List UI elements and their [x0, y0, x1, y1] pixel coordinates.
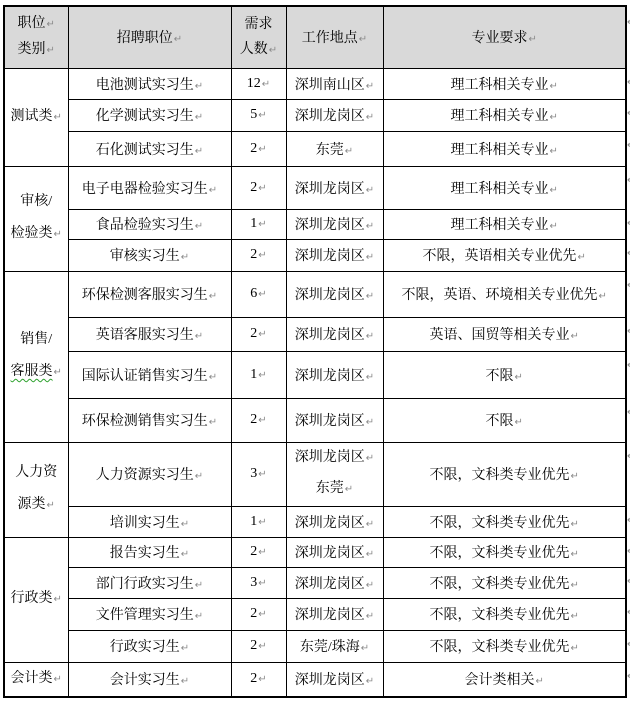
- headcount-cell: 1↵: [231, 506, 286, 537]
- position-text: 英语客服实习生: [96, 328, 194, 343]
- paragraph-mark-icon: ↵: [258, 370, 266, 381]
- category-label: 行政类: [11, 591, 53, 606]
- paragraph-mark-icon: ↵: [54, 112, 62, 123]
- headcount-text: 1: [250, 216, 257, 231]
- position-cell: 环保检测销售实习生↵: [68, 398, 231, 442]
- requirement-cell: 不限↵: [383, 398, 626, 442]
- headcount-cell: 2↵: [231, 239, 286, 271]
- location-cell: 深圳龙岗区↵: [286, 351, 383, 398]
- headcount-cell: 1↵: [231, 209, 286, 239]
- position-text: 部门行政实习生: [96, 577, 194, 592]
- category-label: 人力资: [15, 465, 57, 480]
- headcount-cell: 2↵: [231, 662, 286, 697]
- headcount-text: 12: [247, 76, 261, 91]
- position-text: 化学测试实习生: [96, 109, 194, 124]
- paragraph-mark-icon: ↵: [195, 331, 203, 342]
- paragraph-mark-icon: ↵: [366, 331, 374, 342]
- location-cell: 深圳龙岗区↵: [286, 662, 383, 697]
- requirement-cell: 不限，英语相关专业优先↵: [383, 239, 626, 271]
- requirement-text: 不限，英语相关专业优先: [423, 249, 577, 264]
- category-cell-hr: 人力资 源类↵: [4, 442, 68, 537]
- location-text: 深圳南山区: [295, 78, 365, 93]
- paragraph-mark-icon: ↵: [366, 185, 374, 196]
- headcount-cell: 3↵: [231, 567, 286, 598]
- table-row: 食品检验实习生↵ 1↵ 深圳龙岗区↵ 理工科相关专业↵: [4, 209, 626, 239]
- location-text: 深圳龙岗区: [295, 577, 365, 592]
- category-cell-audit: 审核/ 检验类↵: [4, 166, 68, 271]
- paragraph-mark-icon: ↵: [515, 417, 523, 428]
- header-requirement: 专业要求↵: [383, 6, 626, 68]
- header-headcount: 需求 人数↵: [231, 6, 286, 68]
- table-row: 人力资 源类↵ 人力资源实习生↵ 3↵ 深圳龙岗区↵ 东莞↵ 不限，文科类专业优…: [4, 442, 626, 506]
- paragraph-mark-icon: ↵: [181, 252, 189, 263]
- table-row: 部门行政实习生↵ 3↵ 深圳龙岗区↵ 不限，文科类专业优先↵: [4, 567, 626, 598]
- paragraph-mark-icon: ↵: [366, 676, 374, 687]
- paragraph-mark-icon: ↵: [571, 331, 579, 342]
- requirement-cell: 理工科相关专业↵: [383, 99, 626, 131]
- paragraph-mark-icon: ↵: [54, 229, 62, 240]
- requirement-cell: 英语、国贸等相关专业↵: [383, 317, 626, 351]
- location-text: 东莞/珠海: [300, 640, 360, 655]
- location-cell: 深圳龙岗区↵: [286, 209, 383, 239]
- headcount-text: 5: [250, 107, 257, 122]
- position-text: 培训实习生: [110, 516, 180, 531]
- position-text: 审核实习生: [110, 249, 180, 264]
- paragraph-mark-icon: ↵: [571, 471, 579, 482]
- table-row: 审核实习生↵ 2↵ 深圳龙岗区↵ 不限，英语相关专业优先↵: [4, 239, 626, 271]
- paragraph-mark-icon: ↵: [550, 221, 558, 232]
- paragraph-mark-icon: ↵: [195, 221, 203, 232]
- location-cell: 深圳龙岗区↵: [286, 271, 383, 317]
- paragraph-mark-icon: ↵: [529, 34, 537, 45]
- paragraph-mark-icon: ↵: [47, 500, 55, 511]
- table-row: 石化测试实习生↵ 2↵ 东莞↵ 理工科相关专业↵: [4, 131, 626, 166]
- requirement-text: 不限，文科类专业优先: [430, 516, 570, 531]
- paragraph-mark-icon: ↵: [258, 415, 266, 426]
- headcount-cell: 2↵: [231, 598, 286, 630]
- requirement-text: 不限，文科类专业优先: [430, 468, 570, 483]
- headcount-text: 6: [250, 286, 257, 301]
- location-text: 深圳龙岗区: [295, 182, 365, 197]
- paragraph-mark-icon: ↵: [47, 19, 55, 30]
- category-cell-sales: 销售/ 客服类↵: [4, 271, 68, 442]
- location-cell: 深圳龙岗区↵: [286, 567, 383, 598]
- header-category: 职位↵ 类别↵: [4, 6, 68, 68]
- location-text: 东莞: [316, 481, 344, 496]
- requirement-text: 不限，文科类专业优先: [430, 546, 570, 561]
- table-row: 环保检测销售实习生↵ 2↵ 深圳龙岗区↵ 不限↵: [4, 398, 626, 442]
- category-label: 检验类: [11, 226, 53, 241]
- requirement-cell: 不限，文科类专业优先↵: [383, 598, 626, 630]
- headcount-text: 1: [250, 514, 257, 529]
- location-text: 深圳龙岗区: [295, 288, 365, 303]
- paragraph-mark-icon: ↵: [366, 611, 374, 622]
- paragraph-mark-icon: ↵: [174, 34, 182, 45]
- location-text: 深圳龙岗区: [295, 673, 365, 688]
- position-cell: 英语客服实习生↵: [68, 317, 231, 351]
- position-text: 行政实习生: [110, 640, 180, 655]
- headcount-cell: 3↵: [231, 442, 286, 506]
- location-text: 深圳龙岗区: [295, 516, 365, 531]
- position-text: 环保检测销售实习生: [82, 414, 208, 429]
- position-text: 电池测试实习生: [96, 78, 194, 93]
- header-requirement-label: 专业要求: [472, 31, 528, 46]
- headcount-cell: 5↵: [231, 99, 286, 131]
- table-row: 测试类↵ 电池测试实习生↵ 12↵ 深圳南山区↵ 理工科相关专业↵: [4, 68, 626, 99]
- position-cell: 国际认证销售实习生↵: [68, 351, 231, 398]
- location-cell: 东莞↵: [286, 131, 383, 166]
- paragraph-mark-icon: ↵: [571, 611, 579, 622]
- paragraph-mark-icon: ↵: [258, 219, 266, 230]
- headcount-cell: 2↵: [231, 166, 286, 209]
- location-cell: 深圳龙岗区↵: [286, 398, 383, 442]
- position-text: 会计实习生: [110, 673, 180, 688]
- paragraph-mark-icon: ↵: [258, 609, 266, 620]
- paragraph-mark-icon: ↵: [571, 519, 579, 530]
- paragraph-mark-icon: ↵: [366, 81, 374, 92]
- position-cell: 化学测试实习生↵: [68, 99, 231, 131]
- position-text: 文件管理实习生: [96, 608, 194, 623]
- paragraph-mark-icon: ↵: [366, 549, 374, 560]
- category-label: 源类: [18, 497, 46, 512]
- table-row: 培训实习生↵ 1↵ 深圳龙岗区↵ 不限，文科类专业优先↵: [4, 506, 626, 537]
- paragraph-mark-icon: ↵: [258, 183, 266, 194]
- category-label: 会计类: [11, 671, 53, 686]
- paragraph-mark-icon: ↵: [54, 674, 62, 685]
- paragraph-mark-icon: ↵: [209, 185, 217, 196]
- header-position: 招聘职位↵: [68, 6, 231, 68]
- table-row: 销售/ 客服类↵ 环保检测客服实习生↵ 6↵ 深圳龙岗区↵ 不限，英语、环境相关…: [4, 271, 626, 317]
- header-category-line2: 类别: [18, 42, 46, 57]
- position-text: 国际认证销售实习生: [82, 369, 208, 384]
- requirement-text: 不限，文科类专业优先: [430, 608, 570, 623]
- requirement-cell: 理工科相关专业↵: [383, 166, 626, 209]
- document-page: 职位↵ 类别↵ 招聘职位↵ 需求 人数↵ 工作地点↵ 专业要求↵ 测试类↵ 电池…: [0, 0, 630, 701]
- requirement-text: 理工科相关专业: [451, 182, 549, 197]
- requirement-cell: 不限↵: [383, 351, 626, 398]
- category-cell-admin: 行政类↵: [4, 537, 68, 662]
- paragraph-mark-icon: ↵: [195, 471, 203, 482]
- paragraph-mark-icon: ↵: [599, 291, 607, 302]
- paragraph-mark-icon: ↵: [366, 112, 374, 123]
- position-cell: 食品检验实习生↵: [68, 209, 231, 239]
- location-text: 深圳龙岗区: [295, 450, 365, 465]
- category-label: 客服类: [11, 364, 53, 379]
- paragraph-mark-icon: ↵: [258, 469, 266, 480]
- paragraph-mark-icon: ↵: [345, 146, 353, 157]
- paragraph-mark-icon: ↵: [366, 372, 374, 383]
- paragraph-mark-icon: ↵: [209, 417, 217, 428]
- headcount-text: 3: [250, 466, 257, 481]
- table-row: 行政实习生↵ 2↵ 东莞/珠海↵ 不限，文科类专业优先↵: [4, 630, 626, 662]
- requirement-text: 会计类相关: [465, 673, 535, 688]
- paragraph-mark-icon: ↵: [181, 643, 189, 654]
- paragraph-mark-icon: ↵: [195, 81, 203, 92]
- paragraph-mark-icon: ↵: [366, 252, 374, 263]
- category-label: 测试类: [11, 109, 53, 124]
- location-text: 深圳龙岗区: [295, 328, 365, 343]
- paragraph-mark-icon: ↵: [209, 372, 217, 383]
- location-text: 东莞: [316, 143, 344, 158]
- paragraph-mark-icon: ↵: [258, 578, 266, 589]
- category-label: 销售/: [20, 332, 52, 347]
- location-cell: 深圳龙岗区↵: [286, 239, 383, 271]
- paragraph-mark-icon: ↵: [258, 547, 266, 558]
- location-cell: 深圳龙岗区↵: [286, 317, 383, 351]
- position-cell: 会计实习生↵: [68, 662, 231, 697]
- requirement-text: 英语、国贸等相关专业: [430, 328, 570, 343]
- position-cell: 文件管理实习生↵: [68, 598, 231, 630]
- requirement-text: 不限: [486, 369, 514, 384]
- position-cell: 行政实习生↵: [68, 630, 231, 662]
- headcount-text: 3: [250, 575, 257, 590]
- paragraph-mark-icon: ↵: [366, 519, 374, 530]
- requirement-text: 理工科相关专业: [451, 218, 549, 233]
- header-row: 职位↵ 类别↵ 招聘职位↵ 需求 人数↵ 工作地点↵ 专业要求↵: [4, 6, 626, 68]
- headcount-cell: 2↵: [231, 630, 286, 662]
- position-cell: 审核实习生↵: [68, 239, 231, 271]
- requirement-text: 理工科相关专业: [451, 78, 549, 93]
- requirement-cell: 不限，文科类专业优先↵: [383, 567, 626, 598]
- headcount-cell: 2↵: [231, 317, 286, 351]
- paragraph-mark-icon: ↵: [258, 517, 266, 528]
- paragraph-mark-icon: ↵: [578, 252, 586, 263]
- requirement-cell: 不限，文科类专业优先↵: [383, 630, 626, 662]
- location-cell: 东莞/珠海↵: [286, 630, 383, 662]
- position-cell: 电池测试实习生↵: [68, 68, 231, 99]
- paragraph-mark-icon: ↵: [536, 676, 544, 687]
- position-cell: 部门行政实习生↵: [68, 567, 231, 598]
- table-row: 审核/ 检验类↵ 电子电器检验实习生↵ 2↵ 深圳龙岗区↵ 理工科相关专业↵: [4, 166, 626, 209]
- paragraph-mark-icon: ↵: [361, 643, 369, 654]
- requirement-text: 理工科相关专业: [451, 109, 549, 124]
- requirement-cell: 理工科相关专业↵: [383, 131, 626, 166]
- location-text: 深圳龙岗区: [295, 369, 365, 384]
- headcount-cell: 2↵: [231, 131, 286, 166]
- requirement-cell: 理工科相关专业↵: [383, 68, 626, 99]
- requirement-cell: 会计类相关↵: [383, 662, 626, 697]
- requirement-text: 理工科相关专业: [451, 143, 549, 158]
- headcount-cell: 2↵: [231, 398, 286, 442]
- table-row: 英语客服实习生↵ 2↵ 深圳龙岗区↵ 英语、国贸等相关专业↵: [4, 317, 626, 351]
- paragraph-mark-icon: ↵: [195, 112, 203, 123]
- table-row: 行政类↵ 报告实习生↵ 2↵ 深圳龙岗区↵ 不限，文科类专业优先↵: [4, 537, 626, 567]
- location-cell: 深圳龙岗区↵: [286, 598, 383, 630]
- paragraph-mark-icon: ↵: [258, 110, 266, 121]
- headcount-text: 2: [250, 326, 257, 341]
- requirement-cell: 不限，文科类专业优先↵: [383, 506, 626, 537]
- position-cell: 报告实习生↵: [68, 537, 231, 567]
- location-cell: 深圳龙岗区↵: [286, 166, 383, 209]
- paragraph-mark-icon: ↵: [47, 45, 55, 56]
- paragraph-mark-icon: ↵: [515, 372, 523, 383]
- table-row: 化学测试实习生↵ 5↵ 深圳龙岗区↵ 理工科相关专业↵: [4, 99, 626, 131]
- paragraph-mark-icon: ↵: [571, 549, 579, 560]
- paragraph-mark-icon: ↵: [550, 81, 558, 92]
- requirement-cell: 不限，文科类专业优先↵: [383, 537, 626, 567]
- paragraph-mark-icon: ↵: [258, 641, 266, 652]
- paragraph-mark-icon: ↵: [54, 594, 62, 605]
- location-cell: 深圳龙岗区↵: [286, 99, 383, 131]
- paragraph-mark-icon: ↵: [258, 144, 266, 155]
- paragraph-mark-icon: ↵: [195, 580, 203, 591]
- headcount-cell: 6↵: [231, 271, 286, 317]
- position-cell: 人力资源实习生↵: [68, 442, 231, 506]
- headcount-cell: 1↵: [231, 351, 286, 398]
- headcount-text: 2: [250, 180, 257, 195]
- requirement-cell: 不限，英语、环境相关专业优先↵: [383, 271, 626, 317]
- requirement-cell: 不限，文科类专业优先↵: [383, 442, 626, 506]
- header-category-line1: 职位: [18, 16, 46, 31]
- paragraph-mark-icon: ↵: [209, 291, 217, 302]
- location-text: 深圳龙岗区: [295, 414, 365, 429]
- paragraph-mark-icon: ↵: [181, 549, 189, 560]
- header-headcount-line1: 需求: [245, 17, 273, 32]
- paragraph-mark-icon: ↵: [258, 674, 266, 685]
- headcount-text: 2: [250, 606, 257, 621]
- line-break-mark-icon: ↵: [366, 453, 374, 464]
- paragraph-mark-icon: ↵: [550, 146, 558, 157]
- paragraph-mark-icon: ↵: [258, 329, 266, 340]
- category-cell-testing: 测试类↵: [4, 68, 68, 166]
- paragraph-mark-icon: ↵: [195, 611, 203, 622]
- paragraph-mark-icon: ↵: [269, 45, 277, 56]
- position-text: 电子电器检验实习生: [82, 182, 208, 197]
- paragraph-mark-icon: ↵: [366, 580, 374, 591]
- paragraph-mark-icon: ↵: [550, 112, 558, 123]
- header-location: 工作地点↵: [286, 6, 383, 68]
- position-text: 食品检验实习生: [96, 218, 194, 233]
- location-text: 深圳龙岗区: [295, 109, 365, 124]
- headcount-text: 2: [250, 247, 257, 262]
- position-text: 人力资源实习生: [96, 468, 194, 483]
- table-row: 会计类↵ 会计实习生↵ 2↵ 深圳龙岗区↵ 会计类相关↵: [4, 662, 626, 697]
- header-position-label: 招聘职位: [117, 31, 173, 46]
- location-text: 深圳龙岗区: [295, 249, 365, 264]
- category-label: 审核/: [20, 194, 52, 209]
- position-text: 石化测试实习生: [96, 143, 194, 158]
- location-text: 深圳龙岗区: [295, 218, 365, 233]
- location-text: 深圳龙岗区: [295, 608, 365, 623]
- position-cell: 环保检测客服实习生↵: [68, 271, 231, 317]
- headcount-cell: 12↵: [231, 68, 286, 99]
- requirement-text: 不限，文科类专业优先: [430, 577, 570, 592]
- paragraph-mark-icon: ↵: [195, 146, 203, 157]
- requirement-text: 不限: [486, 414, 514, 429]
- location-cell: 深圳龙岗区↵: [286, 506, 383, 537]
- paragraph-mark-icon: ↵: [366, 221, 374, 232]
- headcount-cell: 2↵: [231, 537, 286, 567]
- paragraph-mark-icon: ↵: [345, 484, 353, 495]
- location-cell: 深圳龙岗区↵: [286, 537, 383, 567]
- paragraph-mark-icon: ↵: [181, 676, 189, 687]
- paragraph-mark-icon: ↵: [181, 519, 189, 530]
- position-text: 环保检测客服实习生: [82, 288, 208, 303]
- requirement-text: 不限，文科类专业优先: [430, 640, 570, 655]
- paragraph-mark-icon: ↵: [262, 79, 270, 90]
- requirement-text: 不限，英语、环境相关专业优先: [402, 288, 598, 303]
- headcount-text: 2: [250, 544, 257, 559]
- paragraph-mark-icon: ↵: [54, 367, 62, 378]
- position-cell: 石化测试实习生↵: [68, 131, 231, 166]
- paragraph-mark-icon: ↵: [571, 580, 579, 591]
- paragraph-mark-icon: ↵: [258, 289, 266, 300]
- recruitment-table: 职位↵ 类别↵ 招聘职位↵ 需求 人数↵ 工作地点↵ 专业要求↵ 测试类↵ 电池…: [3, 5, 627, 698]
- paragraph-mark-icon: ↵: [258, 250, 266, 261]
- headcount-text: 2: [250, 638, 257, 653]
- headcount-text: 2: [250, 412, 257, 427]
- table-row: 文件管理实习生↵ 2↵ 深圳龙岗区↵ 不限，文科类专业优先↵: [4, 598, 626, 630]
- position-text: 报告实习生: [110, 546, 180, 561]
- paragraph-mark-icon: ↵: [359, 34, 367, 45]
- table-row: 国际认证销售实习生↵ 1↵ 深圳龙岗区↵ 不限↵: [4, 351, 626, 398]
- location-text: 深圳龙岗区: [295, 546, 365, 561]
- paragraph-mark-icon: ↵: [550, 185, 558, 196]
- location-cell: 深圳龙岗区↵ 东莞↵: [286, 442, 383, 506]
- header-location-label: 工作地点: [302, 31, 358, 46]
- paragraph-mark-icon: ↵: [366, 417, 374, 428]
- position-cell: 培训实习生↵: [68, 506, 231, 537]
- position-cell: 电子电器检验实习生↵: [68, 166, 231, 209]
- headcount-text: 2: [250, 141, 257, 156]
- requirement-cell: 理工科相关专业↵: [383, 209, 626, 239]
- headcount-text: 2: [250, 671, 257, 686]
- header-headcount-line2: 人数: [240, 42, 268, 57]
- paragraph-mark-icon: ↵: [366, 291, 374, 302]
- location-cell: 深圳南山区↵: [286, 68, 383, 99]
- headcount-text: 1: [250, 367, 257, 382]
- paragraph-mark-icon: ↵: [571, 643, 579, 654]
- category-cell-accounting: 会计类↵: [4, 662, 68, 697]
